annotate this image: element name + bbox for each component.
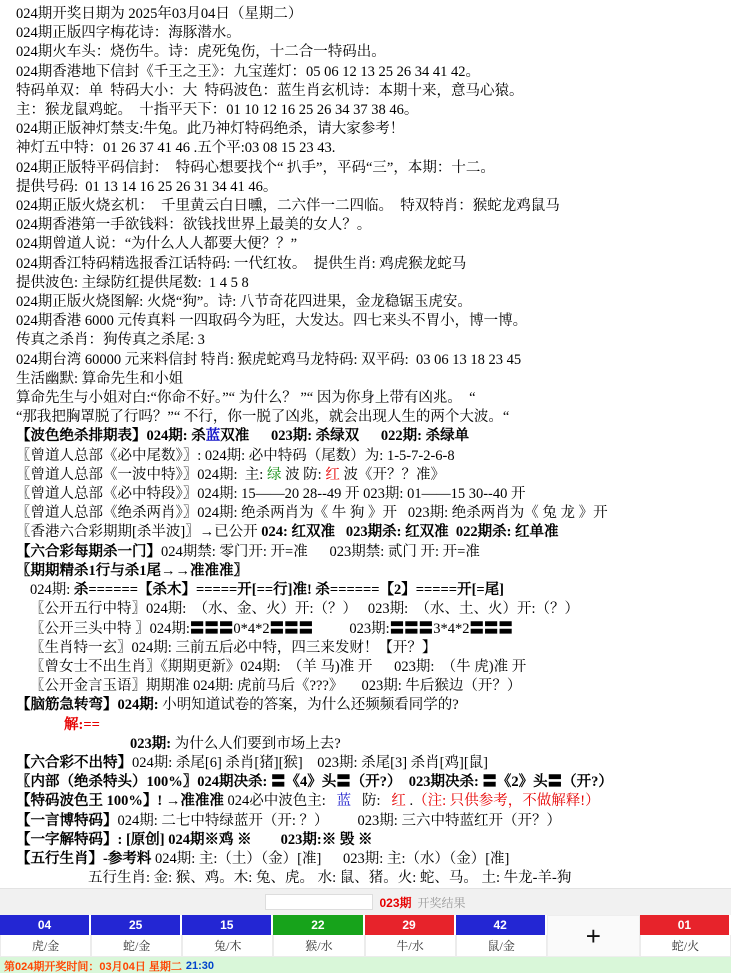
text-line: 〖曾道人总部《一波中特》〗024期: 主: 绿 波 防: 红 波《开？？准》 [0, 466, 731, 485]
ball-number: 29 [365, 915, 456, 935]
result-ball-column: 01蛇/火 [640, 915, 731, 957]
text-line: 生活幽默: 算命先生和小姐 [0, 370, 731, 389]
text-segment: 024必中波色主: [227, 793, 336, 809]
text-segment: 【一言博特码】 [16, 813, 118, 829]
plus-icon: + [586, 923, 601, 949]
ball-zodiac-label: 蛇/火 [640, 935, 731, 957]
text-line: 五行生肖: 金: 猴、鸡。木: 兔、虎。 水: 鼠、猪。火: 蛇、马。 土: 牛… [0, 869, 731, 888]
text-segment: 024期: 主:（土）（金）[准] 023期: 主:（水）（金）[准] [155, 851, 509, 867]
ball-zodiac-label: 鼠/金 [456, 935, 547, 957]
text-line: 神灯五中特：01 26 37 41 46 .五个平:03 08 15 23 43… [0, 139, 731, 158]
text-line: 传真之杀肖：狗传真之杀尾: 3 [0, 331, 731, 350]
text-line: 【波色绝杀排期表】024期: 杀蓝双准 023期: 杀绿双 022期: 杀绿单 [0, 427, 731, 446]
text-segment: 〖期期精杀1行与杀1尾→→准准准〗 [16, 563, 248, 579]
text-line: 024期正版四字梅花诗：海豚潜水。 [0, 24, 731, 43]
text-segment: 〖公开三头中特 〗024期: [30, 621, 190, 637]
result-ball-column: 22猴/水 [273, 915, 364, 957]
text-line: 〖内部（绝杀特头）100%〗024期决杀: 〓《4》头〓（开?） 023期决杀:… [0, 773, 731, 792]
text-segment: 〖曾道人总部《一波中特》〗024期: 主: [16, 467, 267, 483]
text-line: 提供波色: 主绿防红提供尾数: 1 4 5 8 [0, 274, 731, 293]
text-segment: “那我把胸罩脱了行吗？”“ 不行，你一脱了凶兆，就会出现人生的两个大波。“ [16, 409, 509, 425]
text-segment: 【脑筋急转弯】024期: [16, 697, 162, 713]
text-segment: 蓝 [206, 428, 221, 444]
text-line: 024期开奖日期为 2025年03月04日（星期二） [0, 5, 731, 24]
text-segment: 3*4*2 [433, 621, 469, 637]
next-draw-info: 第024期开奖时间：03月04日 星期二 [4, 958, 182, 973]
text-segment: 生活幽默: 算命先生和小姐 [16, 371, 183, 387]
text-segment: 024期香港 6000 元传真料 一四取码今为旺，大发达。四七来头不胃小，博一博… [16, 313, 527, 329]
text-segment: 【特码波色王 100%】! →准准准 [16, 793, 227, 809]
ball-number: 01 [640, 915, 731, 935]
text-segment: 024期台湾 60000 元来料信封 特肖: 猴虎蛇鸡马龙特码: 双平码: 03… [16, 352, 521, 368]
text-segment: 023期: [313, 621, 390, 637]
text-line: 〖曾道人总部《绝杀两肖》〗024期: 绝杀两肖为《 牛 狗 》开 023期: 绝… [0, 504, 731, 523]
text-line: 024期正版火烧图解: 火烧“狗”。诗: 八节奇花四进果，金龙稳锯玉虎安。 [0, 293, 731, 312]
text-segment: （注: 只供参考，不做解释!） [413, 793, 599, 809]
text-line: 〖公开三头中特 〗024期:〓〓〓0*4*2〓〓〓 023期:〓〓〓3*4*2〓… [0, 620, 731, 639]
text-line: 〖曾女士不出生肖〗《期期更新》024期: （羊 马)准 开 023期: （牛 虎… [0, 658, 731, 677]
text-segment: 为什么人们要到市场上去? [175, 736, 341, 752]
text-segment: 神灯五中特：01 26 37 41 46 .五个平:03 08 15 23 43… [16, 140, 335, 156]
result-text-label: 开奖结果 [418, 894, 466, 911]
ball-zodiac-label: 蛇/金 [91, 935, 182, 957]
text-line: 【脑筋急转弯】024期: 小明知道试卷的答案，为什么还频频看同学的? [0, 696, 731, 715]
text-segment: 算命先生与小姐对白:“你命不好。”“ 为什么？ ”“ 因为你身上带有凶兆。 “ [16, 390, 476, 406]
text-segment: 024期香江特码精选报香江话特码: 一代红妆。 提供生肖: 鸡虎猴龙蛇马 [16, 256, 466, 272]
text-line: 〖曾道人总部《必中尾数》〗: 024期: 必中特码（尾数）为: 1-5-7-2-… [0, 447, 731, 466]
ball-zodiac-label: 兔/木 [182, 935, 273, 957]
text-line: 算命先生与小姐对白:“你命不好。”“ 为什么？ ”“ 因为你身上带有凶兆。 “ [0, 389, 731, 408]
text-segment: 〖公开金言玉语〗期期准 024期: 虎前马后《???》 023期: 牛后猴边（开… [30, 678, 521, 694]
text-segment: 【一字解特码】: [原创] 024期※鸡 ※ 023期:※ 毁 ※ [16, 832, 372, 848]
text-segment: 五行生肖: 金: 猴、鸡。木: 兔、虎。 水: 鼠、猪。火: 蛇、马。 土: 牛… [88, 870, 571, 886]
text-line: 024期: 杀======【杀木】=====开[==行]准! 杀======【2… [0, 581, 731, 600]
text-segment: 024期正版特平码信封： 特码心想要找个“ 扒手”，平码“三”，本期：十二。 [16, 160, 495, 176]
text-segment: 蓝 [337, 793, 352, 809]
text-line: 024期香港地下信封《千王之王》：九宝莲灯：05 06 12 13 25 26 … [0, 63, 731, 82]
text-segment: 双准 023期: 杀绿双 022期: 杀绿单 [220, 428, 469, 444]
text-line: 提供号码: 01 13 14 16 25 26 31 34 41 46。 [0, 178, 731, 197]
text-segment: 024期正版火烧图解: 火烧“狗”。诗: 八节奇花四进果，金龙稳锯玉虎安。 [16, 294, 472, 310]
text-segment: 〖内部（绝杀特头）100%〗024期决杀: 〓《4》头〓（开?） 023期决杀:… [16, 774, 613, 790]
text-segment: 〓〓〓 [390, 621, 434, 637]
text-line: 024期正版神灯禁支:牛兔。此乃神灯特码绝杀，请大家参考！ [0, 120, 731, 139]
text-line: 【一言博特码】024期: 二七中特绿蓝开（开: ？） 023期: 三六中特蓝红开… [0, 812, 731, 831]
text-segment: 绿 [267, 467, 282, 483]
text-segment: 解:== [64, 717, 100, 733]
text-segment: 波《开？？准》 [340, 467, 445, 483]
search-input[interactable] [265, 894, 373, 910]
text-line: 024期香江特码精选报香江话特码: 一代红妆。 提供生肖: 鸡虎猴龙蛇马 [0, 255, 731, 274]
text-segment: 〓〓〓 [469, 621, 513, 637]
text-segment: 特码单双：单 特码大小：大 特码波色：蓝生肖玄机诗：本期十来，意马心猿。 [16, 83, 524, 99]
text-line: 〖期期精杀1行与杀1尾→→准准准〗 [0, 562, 731, 581]
text-line: 【一字解特码】: [原创] 024期※鸡 ※ 023期:※ 毁 ※ [0, 831, 731, 850]
text-segment: 024: 红双准 023期杀: 红双准 022期杀: 红单准 [261, 524, 558, 540]
text-segment: 〖公开五行中特〗024期: （水、金、火）开:（？） 023期: （水、土、火）… [30, 601, 579, 617]
text-line: 【六合彩不出特】024期: 杀尾[6] 杀肖[猪][猴] 023期: 杀尾[3]… [0, 754, 731, 773]
text-segment: 红 [391, 793, 406, 809]
text-segment: 024期香港第一手欲钱料：欲钱找世界上最美的女人？。 [16, 217, 371, 233]
text-segment: 〖曾道人总部《必中尾数》〗: 024期: 必中特码（尾数）为: 1-5-7-2-… [16, 448, 455, 464]
result-ball-column: 42鼠/金 [456, 915, 547, 957]
text-segment: 〖曾道人总部《必中特段》〗024期: 15——20 28--49 开 023期:… [16, 486, 526, 502]
text-segment: 【五行生肖】-参考料 [16, 851, 155, 867]
text-segment: 〖曾女士不出生肖〗《期期更新》024期: （羊 马)准 开 023期: （牛 虎… [30, 659, 526, 675]
text-line: 〖曾道人总部《必中特段》〗024期: 15——20 28--49 开 023期:… [0, 485, 731, 504]
ball-number: 42 [456, 915, 547, 935]
footer-bar: 第024期开奖时间：03月04日 星期二 21:30 [0, 957, 731, 973]
text-segment: 0*4*2 [233, 621, 269, 637]
ball-zodiac-label: 猴/水 [273, 935, 364, 957]
text-line: 024期正版特平码信封： 特码心想要找个“ 扒手”，平码“三”，本期：十二。 [0, 159, 731, 178]
text-segment: 【六合彩不出特】 [16, 755, 132, 771]
text-segment: 024期香港地下信封《千王之王》：九宝莲灯：05 06 12 13 25 26 … [16, 64, 480, 80]
ball-number: 15 [182, 915, 273, 935]
content-lines: 024期开奖日期为 2025年03月04日（星期二）024期正版四字梅花诗：海豚… [0, 0, 731, 888]
add-result-cell[interactable]: + [547, 915, 640, 957]
text-segment: 小明知道试卷的答案，为什么还频频看同学的? [162, 697, 458, 713]
result-ball-column: 29牛/水 [365, 915, 456, 957]
text-line: 〖公开金言玉语〗期期准 024期: 虎前马后《???》 023期: 牛后猴边（开… [0, 677, 731, 696]
text-line: 023期: 为什么人们要到市场上去? [0, 735, 731, 754]
text-segment: 024期曾道人说：“为什么人人都要大便？？” [16, 236, 297, 252]
ball-number: 22 [273, 915, 364, 935]
text-line: 〖公开五行中特〗024期: （水、金、火）开:（？） 023期: （水、土、火）… [0, 600, 731, 619]
results-row: 04虎/金25蛇/金15兔/木22猴/水29牛/水42鼠/金+01蛇/火 [0, 915, 731, 957]
text-segment: 023期: [130, 736, 175, 752]
text-segment: 〖生肖特一玄〗024期: 三前五后必中特，四三来发财！【开？】 [30, 640, 436, 656]
text-segment: 〓〓〓 [190, 621, 234, 637]
text-line: 〖生肖特一玄〗024期: 三前五后必中特，四三来发财！【开？】 [0, 639, 731, 658]
text-line: 特码单双：单 特码大小：大 特码波色：蓝生肖玄机诗：本期十来，意马心猿。 [0, 82, 731, 101]
text-line: 解:== [0, 716, 731, 735]
text-segment: 提供波色: 主绿防红提供尾数: 1 4 5 8 [16, 275, 249, 291]
text-segment: 024期: 二七中特绿蓝开（开: ？） 023期: 三六中特蓝红开（开？） [118, 813, 561, 829]
text-segment: 〓〓〓 [270, 621, 314, 637]
ball-zodiac-label: 牛/水 [365, 935, 456, 957]
text-line: 024期火车头：烧伤牛。诗：虎死兔伤，十二合一特码出。 [0, 43, 731, 62]
text-segment: 024期开奖日期为 2025年03月04日（星期二） [16, 6, 302, 22]
result-ball-column: 04虎/金 [0, 915, 91, 957]
text-segment: 【波色绝杀排期表】024期: 杀 [16, 428, 206, 444]
result-ball-column: 15兔/木 [182, 915, 273, 957]
text-segment: 提供号码: 01 13 14 16 25 26 31 34 41 46。 [16, 179, 277, 195]
text-line: 【六合彩每期杀一门】024期禁: 零门开: 开=准 023期禁: 贰门 开: 开… [0, 543, 731, 562]
text-segment: 024期: [30, 582, 74, 598]
text-segment: 〖香港六合彩期期[杀半波]〗→已公开 [16, 524, 261, 540]
text-segment: 【六合彩每期杀一门】 [16, 544, 161, 560]
ball-zodiac-label: 虎/金 [0, 935, 91, 957]
text-line: 024期正版火烧玄机： 千里黄云白日曛，二六伴一二四临。 特双特肖：猴蛇龙鸡鼠马 [0, 197, 731, 216]
text-segment: 024期正版神灯禁支:牛兔。此乃神灯特码绝杀，请大家参考！ [16, 121, 404, 137]
text-segment: 024期: 杀尾[6] 杀肖[猪][猴] 023期: 杀尾[3] 杀肖[鸡][鼠… [132, 755, 488, 771]
text-segment: 024期正版四字梅花诗：海豚潜水。 [16, 25, 241, 41]
text-segment: 024期禁: 零门开: 开=准 023期禁: 贰门 开: 开=准 [161, 544, 480, 560]
text-segment: 024期火车头：烧伤牛。诗：虎死兔伤，十二合一特码出。 [16, 44, 386, 60]
text-line: 【五行生肖】-参考料 024期: 主:（土）（金）[准] 023期: 主:（水）… [0, 850, 731, 869]
text-line: 024期台湾 60000 元来料信封 特肖: 猴虎蛇鸡马龙特码: 双平码: 03… [0, 351, 731, 370]
text-segment: 防: [351, 793, 391, 809]
ball-number: 04 [0, 915, 91, 935]
result-bar: 023期 开奖结果 [0, 888, 731, 915]
result-ball-column: 25蛇/金 [91, 915, 182, 957]
text-line: “那我把胸罩脱了行吗？”“ 不行，你一脱了凶兆，就会出现人生的两个大波。“ [0, 408, 731, 427]
text-segment: 主：猴龙鼠鸡蛇。 十指平天下：01 10 12 16 25 26 34 37 3… [16, 102, 418, 118]
text-segment: 024期正版火烧玄机： 千里黄云白日曛，二六伴一二四临。 特双特肖：猴蛇龙鸡鼠马 [16, 198, 560, 214]
text-line: 024期香港 6000 元传真料 一四取码今为旺，大发达。四七来头不胃小，博一博… [0, 312, 731, 331]
result-period-label: 023期 [379, 894, 411, 911]
text-segment: 〖曾道人总部《绝杀两肖》〗024期: 绝杀两肖为《 牛 狗 》开 023期: 绝… [16, 505, 608, 521]
text-line: 〖香港六合彩期期[杀半波]〗→已公开 024: 红双准 023期杀: 红双准 0… [0, 523, 731, 542]
next-draw-time: 21:30 [186, 960, 214, 972]
text-segment: 波 防: [281, 467, 325, 483]
text-segment: 杀======【杀木】=====开[==行]准! 杀======【2】=====… [74, 582, 504, 598]
text-line: 【特码波色王 100%】! →准准准 024必中波色主: 蓝 防: 红 .（注:… [0, 792, 731, 811]
text-line: 主：猴龙鼠鸡蛇。 十指平天下：01 10 12 16 25 26 34 37 3… [0, 101, 731, 120]
text-line: 024期香港第一手欲钱料：欲钱找世界上最美的女人？。 [0, 216, 731, 235]
ball-number: 25 [91, 915, 182, 935]
text-line: 024期曾道人说：“为什么人人都要大便？？” [0, 235, 731, 254]
text-segment: 红 [325, 467, 340, 483]
text-segment: 传真之杀肖：狗传真之杀尾: 3 [16, 332, 205, 348]
